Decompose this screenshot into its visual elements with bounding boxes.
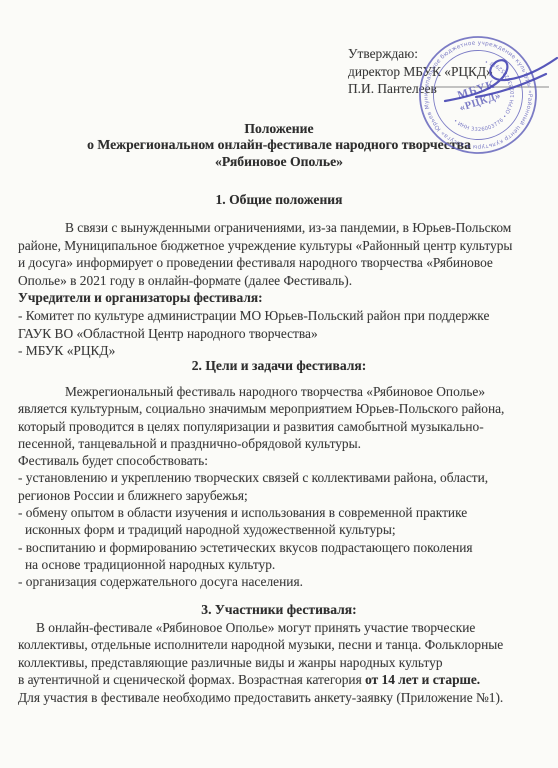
- section-general-body: В связи с вынужденными ограничениями, из…: [18, 219, 540, 360]
- doc-line: - обмену опытом в области изучения и исп…: [18, 504, 540, 521]
- doc-line: коллективы, отдельные исполнители народн…: [18, 636, 540, 653]
- section-heading-participants: 3. Участники фестиваля:: [0, 602, 558, 618]
- document-title: Положение о Межрегиональном онлайн-фести…: [0, 121, 558, 170]
- doc-line: Межрегиональный фестиваль народного твор…: [18, 383, 540, 400]
- doc-line: Фестиваль будет способствовать:: [18, 452, 540, 469]
- doc-line-founders: Учредители и организаторы фестиваля:: [18, 289, 540, 307]
- doc-line: В онлайн-фестивале «Рябиновое Ополье» мо…: [18, 619, 540, 636]
- section-heading-goals: 2. Цели и задачи фестиваля:: [0, 358, 558, 374]
- doc-line: - воспитанию и формированию эстетических…: [18, 539, 540, 556]
- doc-line: - Комитет по культуре администрации МО Ю…: [18, 307, 540, 325]
- doc-line: на основе традиционной народных культур.: [18, 556, 540, 573]
- doc-line: - установлению и укреплению творческих с…: [18, 469, 540, 486]
- doc-line: Для участия в фестивале необходимо предо…: [18, 689, 540, 706]
- doc-line: коллективы, представляющие различные вид…: [18, 654, 540, 671]
- section-participants-body: В онлайн-фестивале «Рябиновое Ополье» мо…: [18, 619, 540, 706]
- doc-line: районе, Муниципальное бюджетное учрежден…: [18, 237, 540, 255]
- approval-block: Утверждаю: директор МБУК «РЦКД» П.И. Пан…: [348, 45, 493, 98]
- doc-line: песенной, танцевальной и празднично-обря…: [18, 435, 540, 452]
- title-line-1: Положение: [0, 121, 558, 137]
- section-goals-body: Межрегиональный фестиваль народного твор…: [18, 383, 540, 591]
- doc-line-age-category: в аутентичной и сценической формах. Возр…: [18, 671, 540, 688]
- doc-line: Ополье» в 2021 году в онлайн-формате (да…: [18, 272, 540, 290]
- doc-line-age-normal: в аутентичной и сценической формах. Возр…: [18, 672, 365, 687]
- title-line-3: «Рябиновое Ополье»: [0, 154, 558, 170]
- doc-line: регионов России и ближнего зарубежья;: [18, 487, 540, 504]
- approval-name: П.И. Пантелеев: [348, 80, 493, 98]
- document-page: Утверждаю: директор МБУК «РЦКД» П.И. Пан…: [0, 0, 558, 768]
- doc-line: ГАУК ВО «Областной Центр народного творч…: [18, 325, 540, 343]
- doc-line: и досуга» информирует о проведении фести…: [18, 254, 540, 272]
- approval-word: Утверждаю:: [348, 45, 493, 63]
- approval-director: директор МБУК «РЦКД»: [348, 63, 493, 81]
- title-line-2: о Межрегиональном онлайн-фестивале народ…: [0, 137, 558, 153]
- doc-line: является культурным, социально значимым …: [18, 400, 540, 417]
- doc-line-age-bold: от 14 лет и старше.: [365, 672, 480, 687]
- doc-line: который проводится в целях популяризации…: [18, 418, 540, 435]
- doc-line: исконных форм и традиций народной художе…: [18, 521, 540, 538]
- section-heading-general: 1. Общие положения: [0, 192, 558, 208]
- doc-line: - организация содержательного досуга нас…: [18, 573, 540, 590]
- doc-line: В связи с вынужденными ограничениями, из…: [18, 219, 540, 237]
